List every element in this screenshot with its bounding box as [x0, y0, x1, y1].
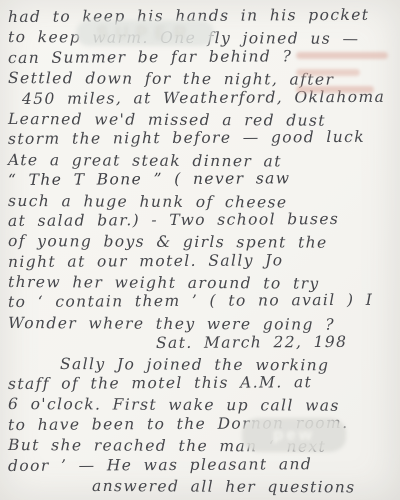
handwriting-line: had to keep his hands in his pocket: [8, 5, 394, 28]
handwriting-line: staff of the motel this A.M. at: [8, 372, 394, 395]
handwriting-line: at salad bar.) - Two school buses: [8, 209, 394, 232]
handwriting-line: storm the night before — good luck: [8, 127, 394, 150]
handwriting-line: door ’ — He was pleasant and: [8, 453, 394, 476]
handwriting-line: night at our motel. Sally Jo: [8, 249, 394, 272]
handwriting-line: to have been to the Dornon room.: [8, 412, 394, 435]
handwriting-line: to ‘ contain them ’ ( to no avail ) I: [8, 290, 394, 313]
handwriting-line: “ The T Bone ” ( never saw: [8, 168, 394, 191]
journal-page: had to keep his hands in his pocket to k…: [0, 0, 400, 500]
date-heading: Sat. March 22, 198: [156, 332, 394, 354]
handwriting-line: 450 miles, at Weatherford, Oklahoma: [22, 86, 394, 109]
handwriting-line: can Summer be far behind ?: [8, 45, 394, 68]
handwriting-line: answered all her questions: [92, 476, 394, 498]
